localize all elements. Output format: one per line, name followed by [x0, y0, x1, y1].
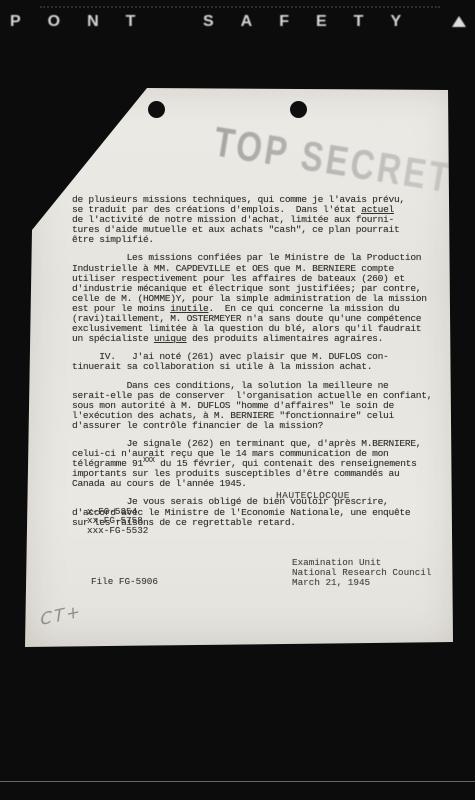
film-frame: PONT SAFETY TOPSECRET de plusieurs missi… — [0, 0, 475, 800]
typewritten-line: tinuerait sa collaboration si utile à la… — [72, 362, 458, 372]
punch-hole-right — [290, 101, 307, 118]
attribution-line: March 21, 1945 — [292, 578, 431, 588]
reference-number: xxx-FG-5532 — [87, 526, 148, 535]
letter-body: de plusieurs missions techniques, qui co… — [72, 195, 458, 536]
typewritten-line: d'assurer le contrôle financier de la mi… — [72, 421, 458, 431]
triangle-marker-icon — [452, 16, 466, 27]
typewritten-line: un spécialiste unique des produits alime… — [72, 334, 458, 344]
paragraph: Je signale (262) en terminant que, d'apr… — [72, 439, 458, 489]
punch-hole-left — [148, 101, 165, 118]
film-edge-text-right: SAFETY — [203, 13, 428, 33]
document-page: TOPSECRET de plusieurs missions techniqu… — [25, 88, 457, 648]
paragraph: Les missions confiées par le Ministre de… — [72, 253, 458, 344]
stamp-word-secret: SECRET — [298, 132, 455, 201]
film-frame-separator — [0, 781, 475, 782]
film-edge-text-left: PONT — [10, 13, 162, 33]
typewritten-line: Canada au cours de l'année 1945. — [72, 479, 458, 489]
paragraph: Dans ces conditions, la solution la meil… — [72, 381, 458, 431]
signature: HAUTECLOCQUE — [276, 490, 350, 501]
file-number: File FG-5906 — [91, 576, 158, 587]
top-secret-stamp: TOPSECRET — [211, 118, 456, 202]
film-sprocket-specks — [40, 6, 440, 8]
attribution-block: Examination UnitNational Research Counci… — [292, 558, 431, 588]
paragraph: de plusieurs missions techniques, qui co… — [72, 195, 458, 245]
reference-numbers: x-FG-5854xx-FG-5758xxx-FG-5532 — [87, 507, 148, 535]
typewritten-line: être simplifié. — [72, 235, 458, 245]
paragraph: IV. J'ai noté (261) avec plaisir que M. … — [72, 352, 458, 372]
stamp-word-top: TOP — [211, 118, 294, 176]
